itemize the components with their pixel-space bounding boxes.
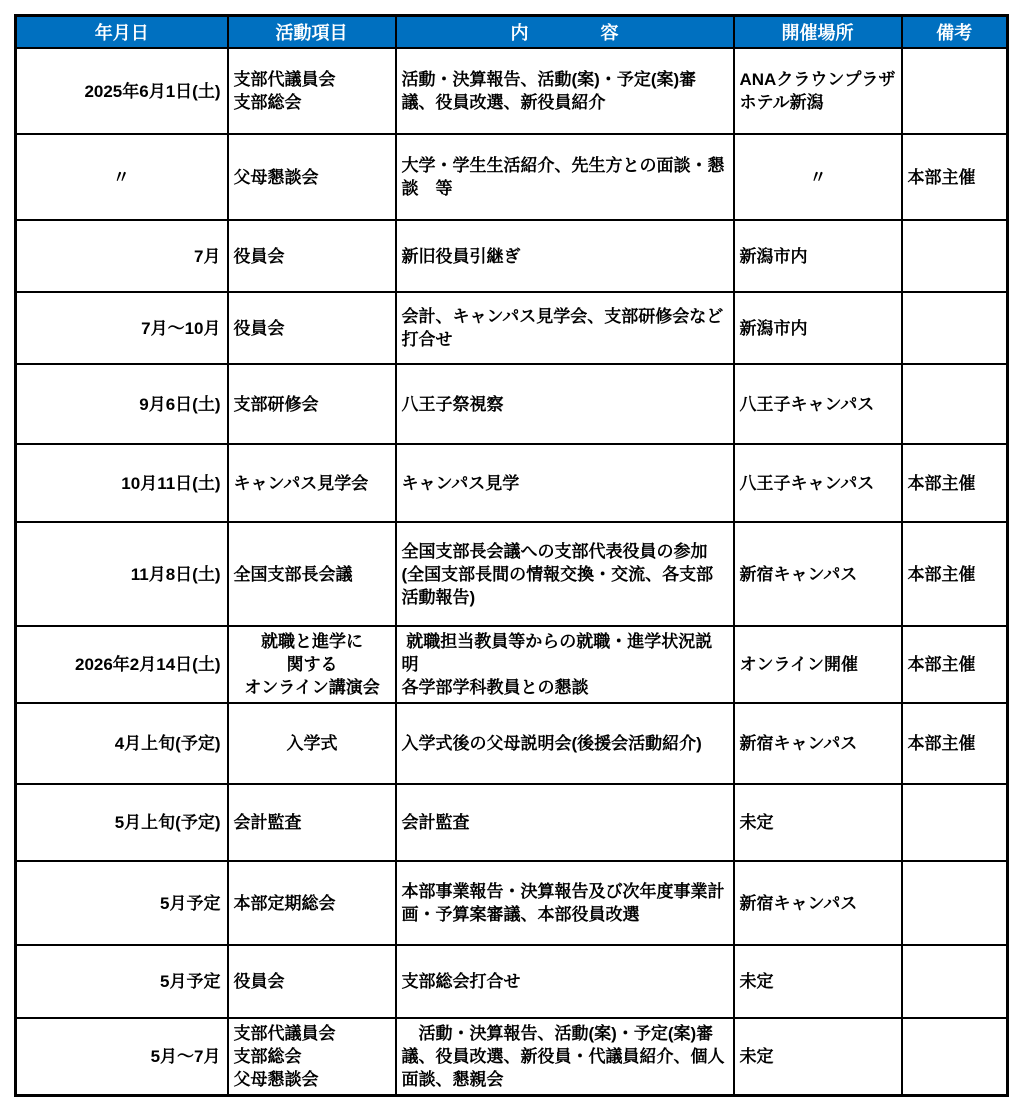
table-row: 9月6日(土) 支部研修会 八王子祭視察 八王子キャンパス — [16, 364, 1008, 444]
cell-venue: オンライン開催 — [734, 626, 902, 703]
cell-date: 7月〜10月 — [16, 292, 228, 364]
cell-venue: 未定 — [734, 945, 902, 1018]
cell-activity: 本部定期総会 — [228, 861, 396, 945]
cell-content: 八王子祭視察 — [396, 364, 734, 444]
cell-date: 5月上旬(予定) — [16, 784, 228, 861]
cell-note — [902, 220, 1008, 292]
cell-activity: 役員会 — [228, 945, 396, 1018]
cell-date: 5月予定 — [16, 861, 228, 945]
cell-content: 入学式後の父母説明会(後援会活動紹介) — [396, 703, 734, 784]
col-header-note: 備考 — [902, 16, 1008, 49]
cell-note: 本部主催 — [902, 444, 1008, 522]
cell-activity: 全国支部長会議 — [228, 522, 396, 626]
table-row: 11月8日(土) 全国支部長会議 全国支部長会議への支部代表役員の参加 (全国支… — [16, 522, 1008, 626]
cell-activity: キャンパス見学会 — [228, 444, 396, 522]
cell-note — [902, 945, 1008, 1018]
table-row: 5月〜7月 支部代議員会 支部総会 父母懇談会 活動・決算報告、活動(案)・予定… — [16, 1018, 1008, 1096]
cell-date: 5月〜7月 — [16, 1018, 228, 1096]
table-row: 5月上旬(予定) 会計監査 会計監査 未定 — [16, 784, 1008, 861]
cell-date: 9月6日(土) — [16, 364, 228, 444]
cell-venue: 未定 — [734, 784, 902, 861]
table-row: 2026年2月14日(土) 就職と進学に 関する オンライン講演会 就職担当教員… — [16, 626, 1008, 703]
cell-note — [902, 861, 1008, 945]
col-header-date: 年月日 — [16, 16, 228, 49]
cell-content: 会計監査 — [396, 784, 734, 861]
cell-note: 本部主催 — [902, 626, 1008, 703]
cell-activity: 役員会 — [228, 220, 396, 292]
cell-venue: 新潟市内 — [734, 292, 902, 364]
cell-venue: 〃 — [734, 134, 902, 220]
cell-activity: 就職と進学に 関する オンライン講演会 — [228, 626, 396, 703]
cell-content: 新旧役員引継ぎ — [396, 220, 734, 292]
cell-content: 活動・決算報告、活動(案)・予定(案)審議、役員改選、新役員・代議員紹介、個人面… — [396, 1018, 734, 1096]
cell-venue: 新宿キャンパス — [734, 522, 902, 626]
table-row: 5月予定 本部定期総会 本部事業報告・決算報告及び次年度事業計画・予算案審議、本… — [16, 861, 1008, 945]
cell-content: 大学・学生生活紹介、先生方との面談・懇談 等 — [396, 134, 734, 220]
cell-note: 本部主催 — [902, 134, 1008, 220]
cell-content: 本部事業報告・決算報告及び次年度事業計画・予算案審議、本部役員改選 — [396, 861, 734, 945]
cell-venue: ANAクラウンプラザホテル新潟 — [734, 48, 902, 134]
cell-activity: 入学式 — [228, 703, 396, 784]
table-row: 10月11日(土) キャンパス見学会 キャンパス見学 八王子キャンパス 本部主催 — [16, 444, 1008, 522]
cell-note — [902, 784, 1008, 861]
cell-activity: 父母懇談会 — [228, 134, 396, 220]
cell-content: 活動・決算報告、活動(案)・予定(案)審議、役員改選、新役員紹介 — [396, 48, 734, 134]
cell-venue: 八王子キャンパス — [734, 444, 902, 522]
cell-content: キャンパス見学 — [396, 444, 734, 522]
cell-date: 2026年2月14日(土) — [16, 626, 228, 703]
cell-venue: 新宿キャンパス — [734, 703, 902, 784]
cell-date: 2025年6月1日(土) — [16, 48, 228, 134]
cell-date: 4月上旬(予定) — [16, 703, 228, 784]
cell-venue: 八王子キャンパス — [734, 364, 902, 444]
cell-content: 就職担当教員等からの就職・進学状況説明 各学部学科教員との懇談 — [396, 626, 734, 703]
table-row: 7月〜10月 役員会 会計、キャンパス見学会、支部研修会など打合せ 新潟市内 — [16, 292, 1008, 364]
cell-venue: 新潟市内 — [734, 220, 902, 292]
cell-activity: 役員会 — [228, 292, 396, 364]
cell-content: 全国支部長会議への支部代表役員の参加 (全国支部長間の情報交換・交流、各支部活動… — [396, 522, 734, 626]
cell-date: 5月予定 — [16, 945, 228, 1018]
cell-date: 7月 — [16, 220, 228, 292]
table-row: 〃 父母懇談会 大学・学生生活紹介、先生方との面談・懇談 等 〃 本部主催 — [16, 134, 1008, 220]
col-header-content: 内 容 — [396, 16, 734, 49]
table-row: 4月上旬(予定) 入学式 入学式後の父母説明会(後援会活動紹介) 新宿キャンパス… — [16, 703, 1008, 784]
cell-date: 10月11日(土) — [16, 444, 228, 522]
cell-note — [902, 292, 1008, 364]
table-header-row: 年月日 活動項目 内 容 開催場所 備考 — [16, 16, 1008, 49]
cell-activity: 会計監査 — [228, 784, 396, 861]
cell-note — [902, 1018, 1008, 1096]
table-row: 2025年6月1日(土) 支部代議員会 支部総会 活動・決算報告、活動(案)・予… — [16, 48, 1008, 134]
table-row: 7月 役員会 新旧役員引継ぎ 新潟市内 — [16, 220, 1008, 292]
cell-date: 〃 — [16, 134, 228, 220]
cell-activity: 支部研修会 — [228, 364, 396, 444]
col-header-activity: 活動項目 — [228, 16, 396, 49]
cell-note — [902, 48, 1008, 134]
cell-venue: 未定 — [734, 1018, 902, 1096]
col-header-venue: 開催場所 — [734, 16, 902, 49]
cell-content: 支部総会打合せ — [396, 945, 734, 1018]
cell-note: 本部主催 — [902, 522, 1008, 626]
cell-venue: 新宿キャンパス — [734, 861, 902, 945]
cell-note — [902, 364, 1008, 444]
cell-note: 本部主催 — [902, 703, 1008, 784]
cell-date: 11月8日(土) — [16, 522, 228, 626]
cell-activity: 支部代議員会 支部総会 父母懇談会 — [228, 1018, 396, 1096]
cell-content: 会計、キャンパス見学会、支部研修会など打合せ — [396, 292, 734, 364]
cell-activity: 支部代議員会 支部総会 — [228, 48, 396, 134]
activity-schedule-table: 年月日 活動項目 内 容 開催場所 備考 2025年6月1日(土) 支部代議員会… — [14, 14, 1009, 1097]
table-row: 5月予定 役員会 支部総会打合せ 未定 — [16, 945, 1008, 1018]
